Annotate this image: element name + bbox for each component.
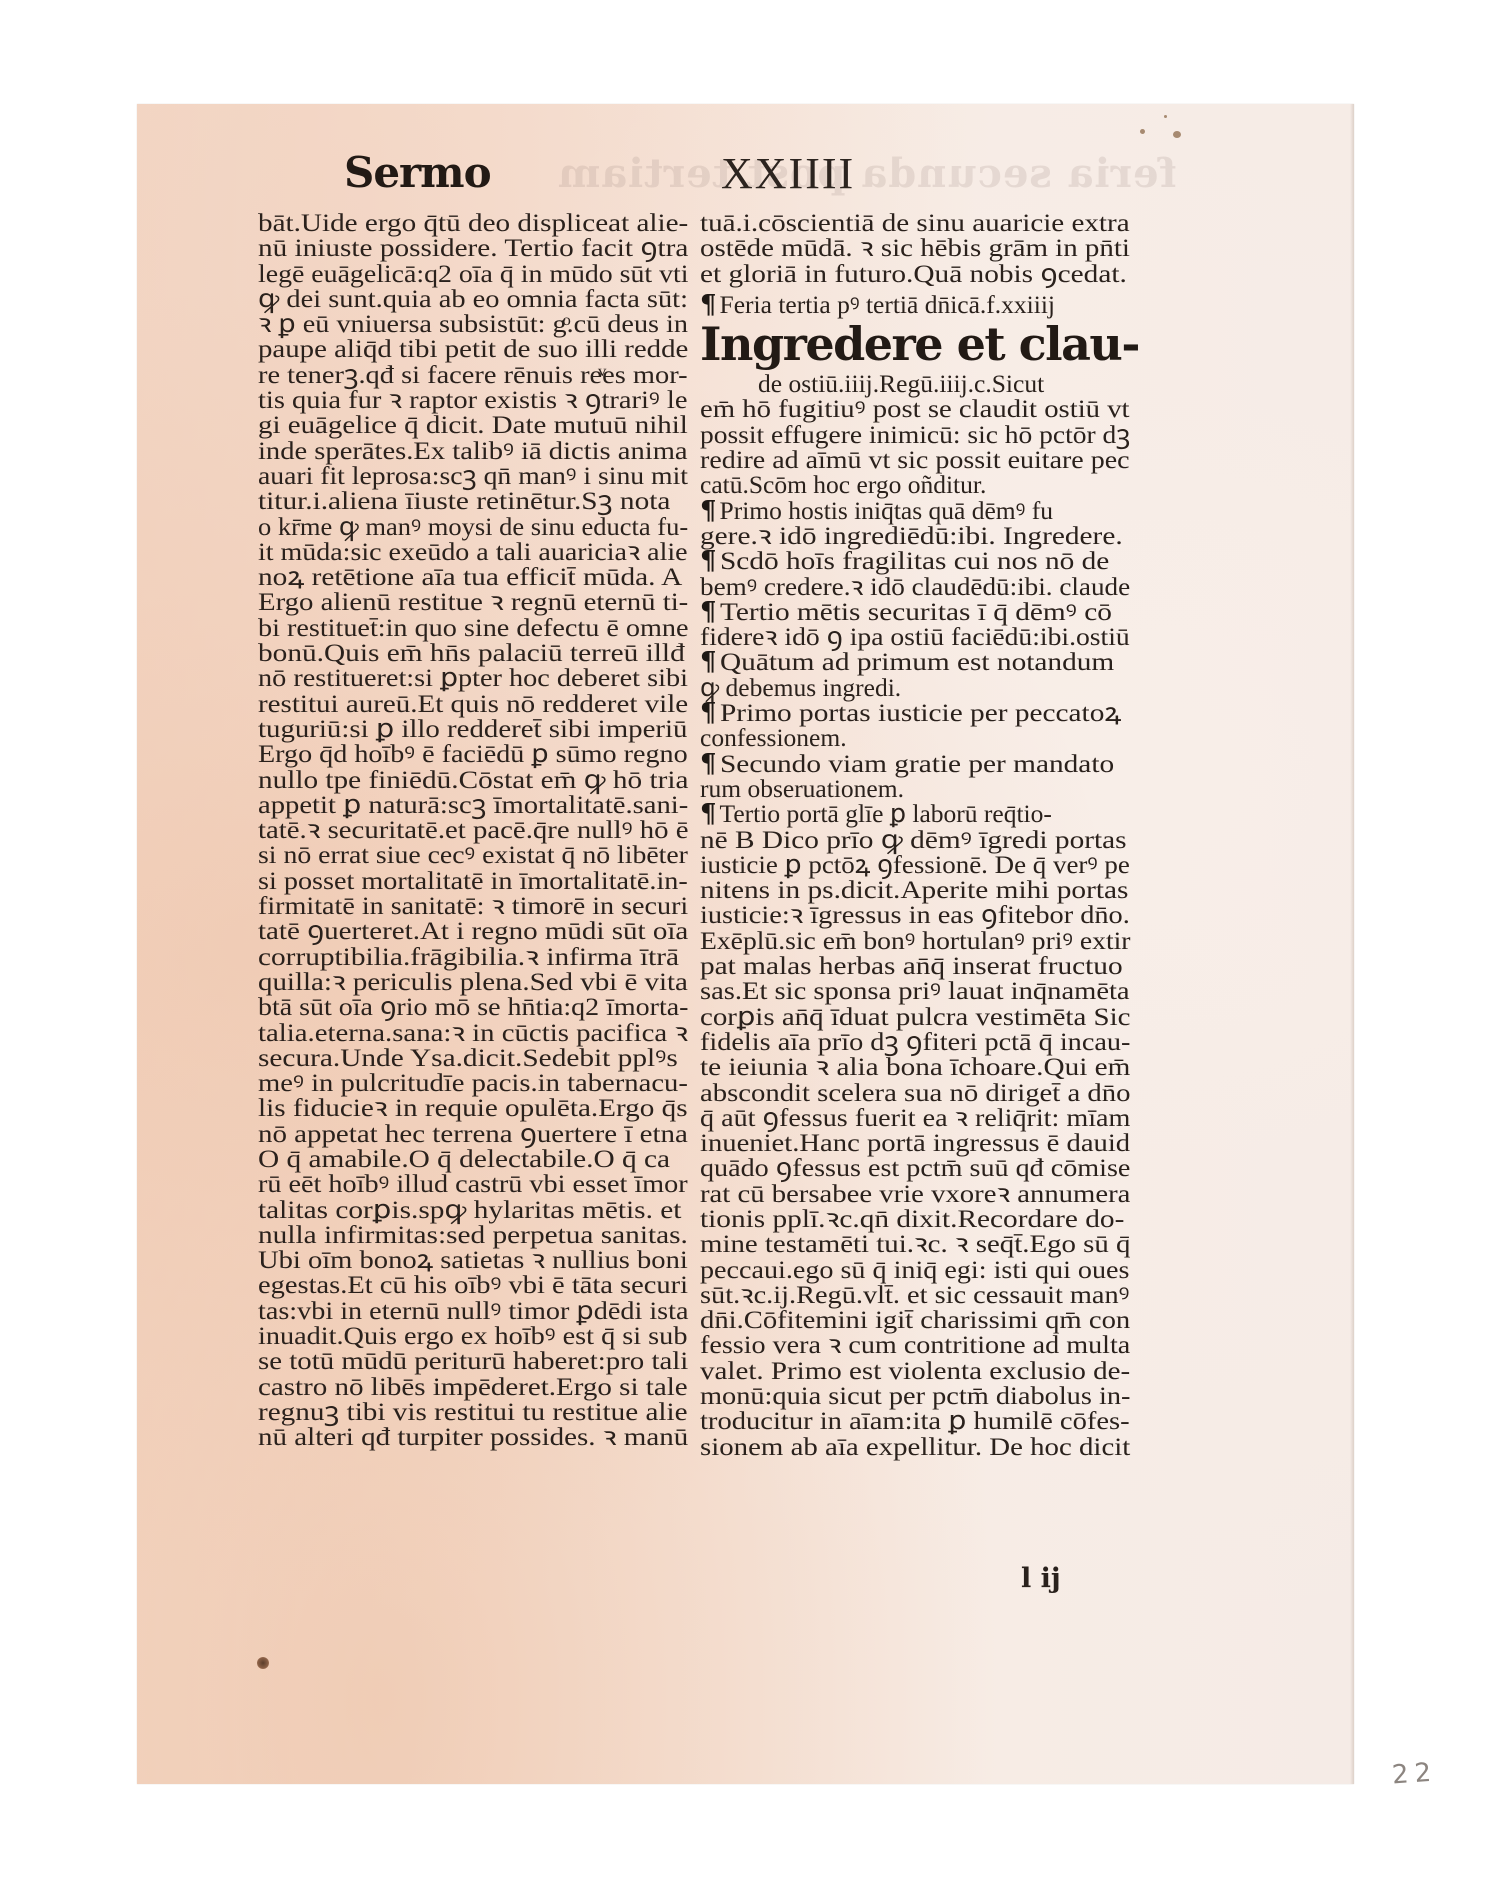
text-line: tis quia fur ꝛ raptor existis ꝛ ꝯtrariꝰ … (258, 387, 688, 412)
text-line: nulla infirmitas:sed perpetua sanitas. (258, 1222, 688, 1247)
right-column: tuā.i.cōscientiā de sinu auaricie extrao… (700, 210, 1130, 1459)
paragraph: ¶Primo portas iusticie per peccatoꝝconfe… (700, 700, 1130, 751)
text-line: it mūda:sic exeūdo a tali auariciaꝛ alie (258, 539, 688, 564)
text-line: ¶Secundo viam gratie per mandato (700, 751, 1130, 776)
text-line: possit effugere inimicū: sic hō pctōr dꝫ (700, 422, 1130, 447)
text-line: valet. Primo est violenta exclusio de- (700, 1358, 1130, 1383)
text-line: peccaui.ego sū q̄ iniq̄ egi: isti qui ou… (700, 1257, 1130, 1282)
text-line: tatē.ꝛ securitatē.et pacē.q̄re nullꝰ hō … (258, 817, 688, 842)
text-line: fessio vera ꝛ cum contritione ad multa (700, 1332, 1130, 1357)
text-line: fidelis aīa prīo dꝫ ꝯfiteri pctā q̄ inca… (700, 1029, 1130, 1054)
rubric-text: Feria tertia pꝰ tertiā dn̄icā.f.xxiiij (720, 292, 1055, 317)
text-line: de ostiū.iiij.Regū.iiij.c.Sicut (700, 371, 1130, 396)
paragraph: ¶Scdō hoīs fragilitas cui nos nō debemꝰ … (700, 548, 1130, 599)
text-line: tatē ꝯuerteret.At i regno mūdi sūt oīa (258, 918, 688, 943)
text-line: rū eēt hoībꝰ illud castrū vbi esset īmor (258, 1171, 688, 1196)
text-line: nō restitueret:si ꝑpter hoc deberet sibi (258, 665, 688, 690)
text-line: firmitatē in sanitatē: ꝛ timorē in secur… (258, 893, 688, 918)
text-line: bi restituet̄:in quo sine defectu ē omne (258, 615, 688, 640)
text-line: confessionem. (700, 725, 1130, 750)
text-line: et gloriā in futuro.Quā nobis ꝯcedat. (700, 261, 1130, 286)
text-line: paupe aliq̄d tibi petit de suo illi redd… (258, 336, 688, 361)
text-line: regnuꝫ tibi vis restitui tu restitue ali… (258, 1399, 688, 1424)
text-line: corꝑis an̄q̄ īduat pulcra vestimēta Sic (700, 1004, 1130, 1029)
paragraph: ¶Tertio mētis securitas ī q̄ dēmꝰ cōfide… (700, 599, 1130, 650)
text-line: sūt.ꝛc.ij.Regū.vlt̄. et sic cessauit man… (700, 1282, 1130, 1307)
text-line: q̄ aūt ꝯfessus fuerit ea ꝛ reliq̄rit: mī… (700, 1105, 1130, 1130)
text-line: nō appetat hec terrena ꝯuertere ī etna (258, 1121, 688, 1146)
text-line: Exēplū.sic em̄ bonꝰ hortulanꝰ priꝰ extir (700, 928, 1130, 953)
text-line: sionem ab aīa expellitur. De hoc dicit (700, 1434, 1130, 1459)
text-line: tuā.i.cōscientiā de sinu auaricie extra (700, 210, 1130, 235)
text-line: inueniet.Hanc portā ingressus ē dauid (700, 1130, 1130, 1155)
show-through-text: feria secunda post tertiam (557, 150, 1177, 197)
text-line: tas:vbi in eternū nullꝰ timor ꝑdēdi ista (258, 1298, 688, 1323)
text-line: pat malas herbas an̄q̄ inserat fructuo (700, 953, 1130, 978)
text-line: tuguriū:si ꝑ illo redderet̄ sibi imperiū (258, 716, 688, 741)
text-line: ¶Primo portas iusticie per peccatoꝝ (700, 700, 1130, 725)
paragraph: ¶Primo hostis iniq̄tas quā dēmꝰ fugere.ꝛ… (700, 498, 1130, 549)
text-line: rat cū bersabee vrie vxoreꝛ annumera (700, 1181, 1130, 1206)
text-line: ¶Scdō hoīs fragilitas cui nos nō de (700, 548, 1130, 573)
paragraph: ¶Tertio portā glīe ꝑ laborū req̄tio-nē B… (700, 801, 1130, 1459)
text-line: bāt.Uide ergo q̄tū deo displiceat alie- (258, 210, 688, 235)
text-line: nē B Dico prīo ꝙ dēmꝰ īgredi portas (700, 827, 1130, 852)
text-line: meꝰ in pulcritudīe pacis.in tabernacu- (258, 1070, 688, 1095)
text-line: fidereꝛ idō ꝯ ipa ostiū faciēdū:ibi.osti… (700, 624, 1130, 649)
text-line: tionis pplī.ꝛc.qn̄ dixit.Recordare do- (700, 1206, 1130, 1231)
text-line: troducitur in aīam:ita ꝑ humilē cōfes- (700, 1408, 1130, 1433)
text-line: gi euāgelice q̄ dicit. Date mutuū nihil (258, 412, 688, 437)
text-line: abscondit scelera sua nō diriget̄ a dn̄o (700, 1080, 1130, 1105)
text-line: redire ad aīmū vt sic possit euitare pec (700, 447, 1130, 472)
text-line: lis fiducieꝛ in requie opulēta.Ergo q̄s (258, 1095, 688, 1120)
text-line: restitui aureū.Et quis nō redderet vile (258, 691, 688, 716)
text-line: Ergo q̄d hoībꝰ ē faciēdū ꝑ sūmo regno (258, 741, 688, 766)
text-line: titur.i.aliena īiuste retinētur.Sꝫ nota (258, 488, 688, 513)
text-line: se totū mūdū periturū haberet:pro tali (258, 1348, 688, 1373)
text-line: btā sūt oīa ꝯrio mō se hn̄tia:q2 īmorta- (258, 994, 688, 1019)
stain-speck (1164, 115, 1167, 118)
text-line: ꝙ debemus ingredi. (700, 675, 1130, 700)
paragraph: ¶Quātum ad primum est notandumꝙ debemus … (700, 649, 1130, 700)
running-head: feria secunda post tertiam Sermo XXIIII (137, 134, 1354, 194)
text-line: Ergo alienū restitue ꝛ regnū eternū ti- (258, 589, 688, 614)
text-line: si posset mortalitatē in īmortalitatē.in… (258, 868, 688, 893)
book-leaf: feria secunda post tertiam Sermo XXIIII … (137, 104, 1354, 1784)
text-line: castro nō libēs impēderet.Ergo si tale (258, 1374, 688, 1399)
text-line: nū alteri qđ turpiter possides. ꝛ manū (258, 1424, 688, 1449)
signature-mark: l ij (1021, 1563, 1061, 1594)
text-line: ostēde mūdā. ꝛ sic hēbis grām in pn̄ti (700, 235, 1130, 260)
text-line: quilla:ꝛ periculis plena.Sed vbi ē vita (258, 969, 688, 994)
text-line: ¶Primo hostis iniq̄tas quā dēmꝰ fu (700, 498, 1130, 523)
text-line: auari fit leprosa:scꝫ qn̄ manꝰ i sinu mi… (258, 463, 688, 488)
text-line: talitas corꝑis.spꝙ hylaritas mētis. et (258, 1197, 688, 1222)
text-line: inde sperātes.Ex talibꝰ iā dictis anima (258, 438, 688, 463)
text-line: rum obseruationem. (700, 776, 1130, 801)
text-line: ¶Tertio portā glīe ꝑ laborū req̄tio- (700, 801, 1130, 826)
text-line: quādo ꝯfessus est pctm̄ suū qđ cōmise (700, 1155, 1130, 1180)
text-line: re tenerꝫ.qđ si facere rēnuis reͮes mor- (258, 362, 688, 387)
folio-number: XXIIII (721, 148, 855, 199)
text-line: dn̄i.Cōfitemini igit̄ charissimi qm̄ con (700, 1307, 1130, 1332)
text-line: mine testamēti tui.ꝛc. ꝛ seq̄t̄.Ego sū q… (700, 1231, 1130, 1256)
text-line: ꝙ dei sunt.quia ab eo omnia facta sūt: (258, 286, 688, 311)
text-line: appetit ꝑ naturā:scꝫ īmortalitatē.sani- (258, 792, 688, 817)
text-line: corruptibilia.frāgibilia.ꝛ infirma ītrā (258, 944, 688, 969)
text-line: O q̄ amabile.O q̄ delectabile.O q̄ ca (258, 1146, 688, 1171)
text-line: si nō errat siue cecꝰ existat q̄ nō libē… (258, 842, 688, 867)
text-line: secura.Unde Ysa.dicit.Sedebit pplꝰs (258, 1045, 688, 1070)
text-line: nitens in ps.dicit.Aperite mihi portas (700, 877, 1130, 902)
text-line: iusticie ꝑ pctōꝝ ꝯfessionē. De q̄ verꝰ p… (700, 852, 1130, 877)
incipit-heading: Ingredere et clau- (700, 319, 1130, 371)
stain-speck (1140, 129, 1145, 134)
text-line: gere.ꝛ idō ingrediēdū:ibi. Ingredere. (700, 523, 1130, 548)
text-line: sas.Et sic sponsa priꝰ lauat inq̄namēta (700, 978, 1130, 1003)
pencil-annotation: 22 (1391, 1757, 1438, 1790)
text-line: te ieiunia ꝛ alia bona īchoare.Qui em̄ (700, 1054, 1130, 1079)
text-line: legē euāgelicā:q2 oīa q̄ in mūdo sūt vti (258, 261, 688, 286)
text-line: Ubi oīm bonoꝝ satietas ꝛ nullius boni (258, 1247, 688, 1272)
text-line: ꝛ ꝑ eū vniuersa subsistūt: gͦ.cū deus in (258, 311, 688, 336)
text-line: iusticie:ꝛ īgressus in eas ꝯfitebor dn̄o… (700, 902, 1130, 927)
text-line: egestas.Et cū his oībꝰ vbi ē tāta securi (258, 1272, 688, 1297)
text-line: bonū.Quis em̄ hn̄s palaciū terreū illđ (258, 640, 688, 665)
text-line: ¶Tertio mētis securitas ī q̄ dēmꝰ cō (700, 599, 1130, 624)
text-line: em̄ hō fugitiuꝰ post se claudit ostiū vt (700, 396, 1130, 421)
text-line: ¶Quātum ad primum est notandum (700, 649, 1130, 674)
text-line: noꝝ retētione aīa tua efficit̄ mūda. A (258, 564, 688, 589)
text-line: o kr̄me ꝙ manꝰ moysi de sinu educta fu- (258, 514, 688, 539)
text-line: monū:quia sicut per pctm̄ diabolus in- (700, 1383, 1130, 1408)
paragraph: ¶Secundo viam gratie per mandatorum obse… (700, 751, 1130, 802)
wormhole-damage (257, 1657, 269, 1669)
rubric-heading: ¶Feria tertia pꝰ tertiā dn̄icā.f.xxiiij (700, 292, 1130, 317)
text-line: bemꝰ credere.ꝛ idō claudēdū:ibi. claude (700, 574, 1130, 599)
text-line: talia.eterna.sana:ꝛ in cūctis pacifica ꝛ (258, 1020, 688, 1045)
text-line: inuadit.Quis ergo ex hoībꝰ est q̄ si sub (258, 1323, 688, 1348)
stain-speck (1173, 131, 1181, 138)
pilcrow-icon: ¶ (700, 290, 717, 320)
left-column: bāt.Uide ergo q̄tū deo displiceat alie-n… (258, 210, 688, 1450)
text-line: nū iniuste possidere. Tertio facit ꝯtra (258, 235, 688, 260)
text-line: catū.Scōm hoc ergo oñditur. (700, 472, 1130, 497)
running-head-title: Sermo (344, 148, 491, 197)
text-line: nullo tpe finiēdū.Cōstat em̄ ꝙ hō tria (258, 767, 688, 792)
